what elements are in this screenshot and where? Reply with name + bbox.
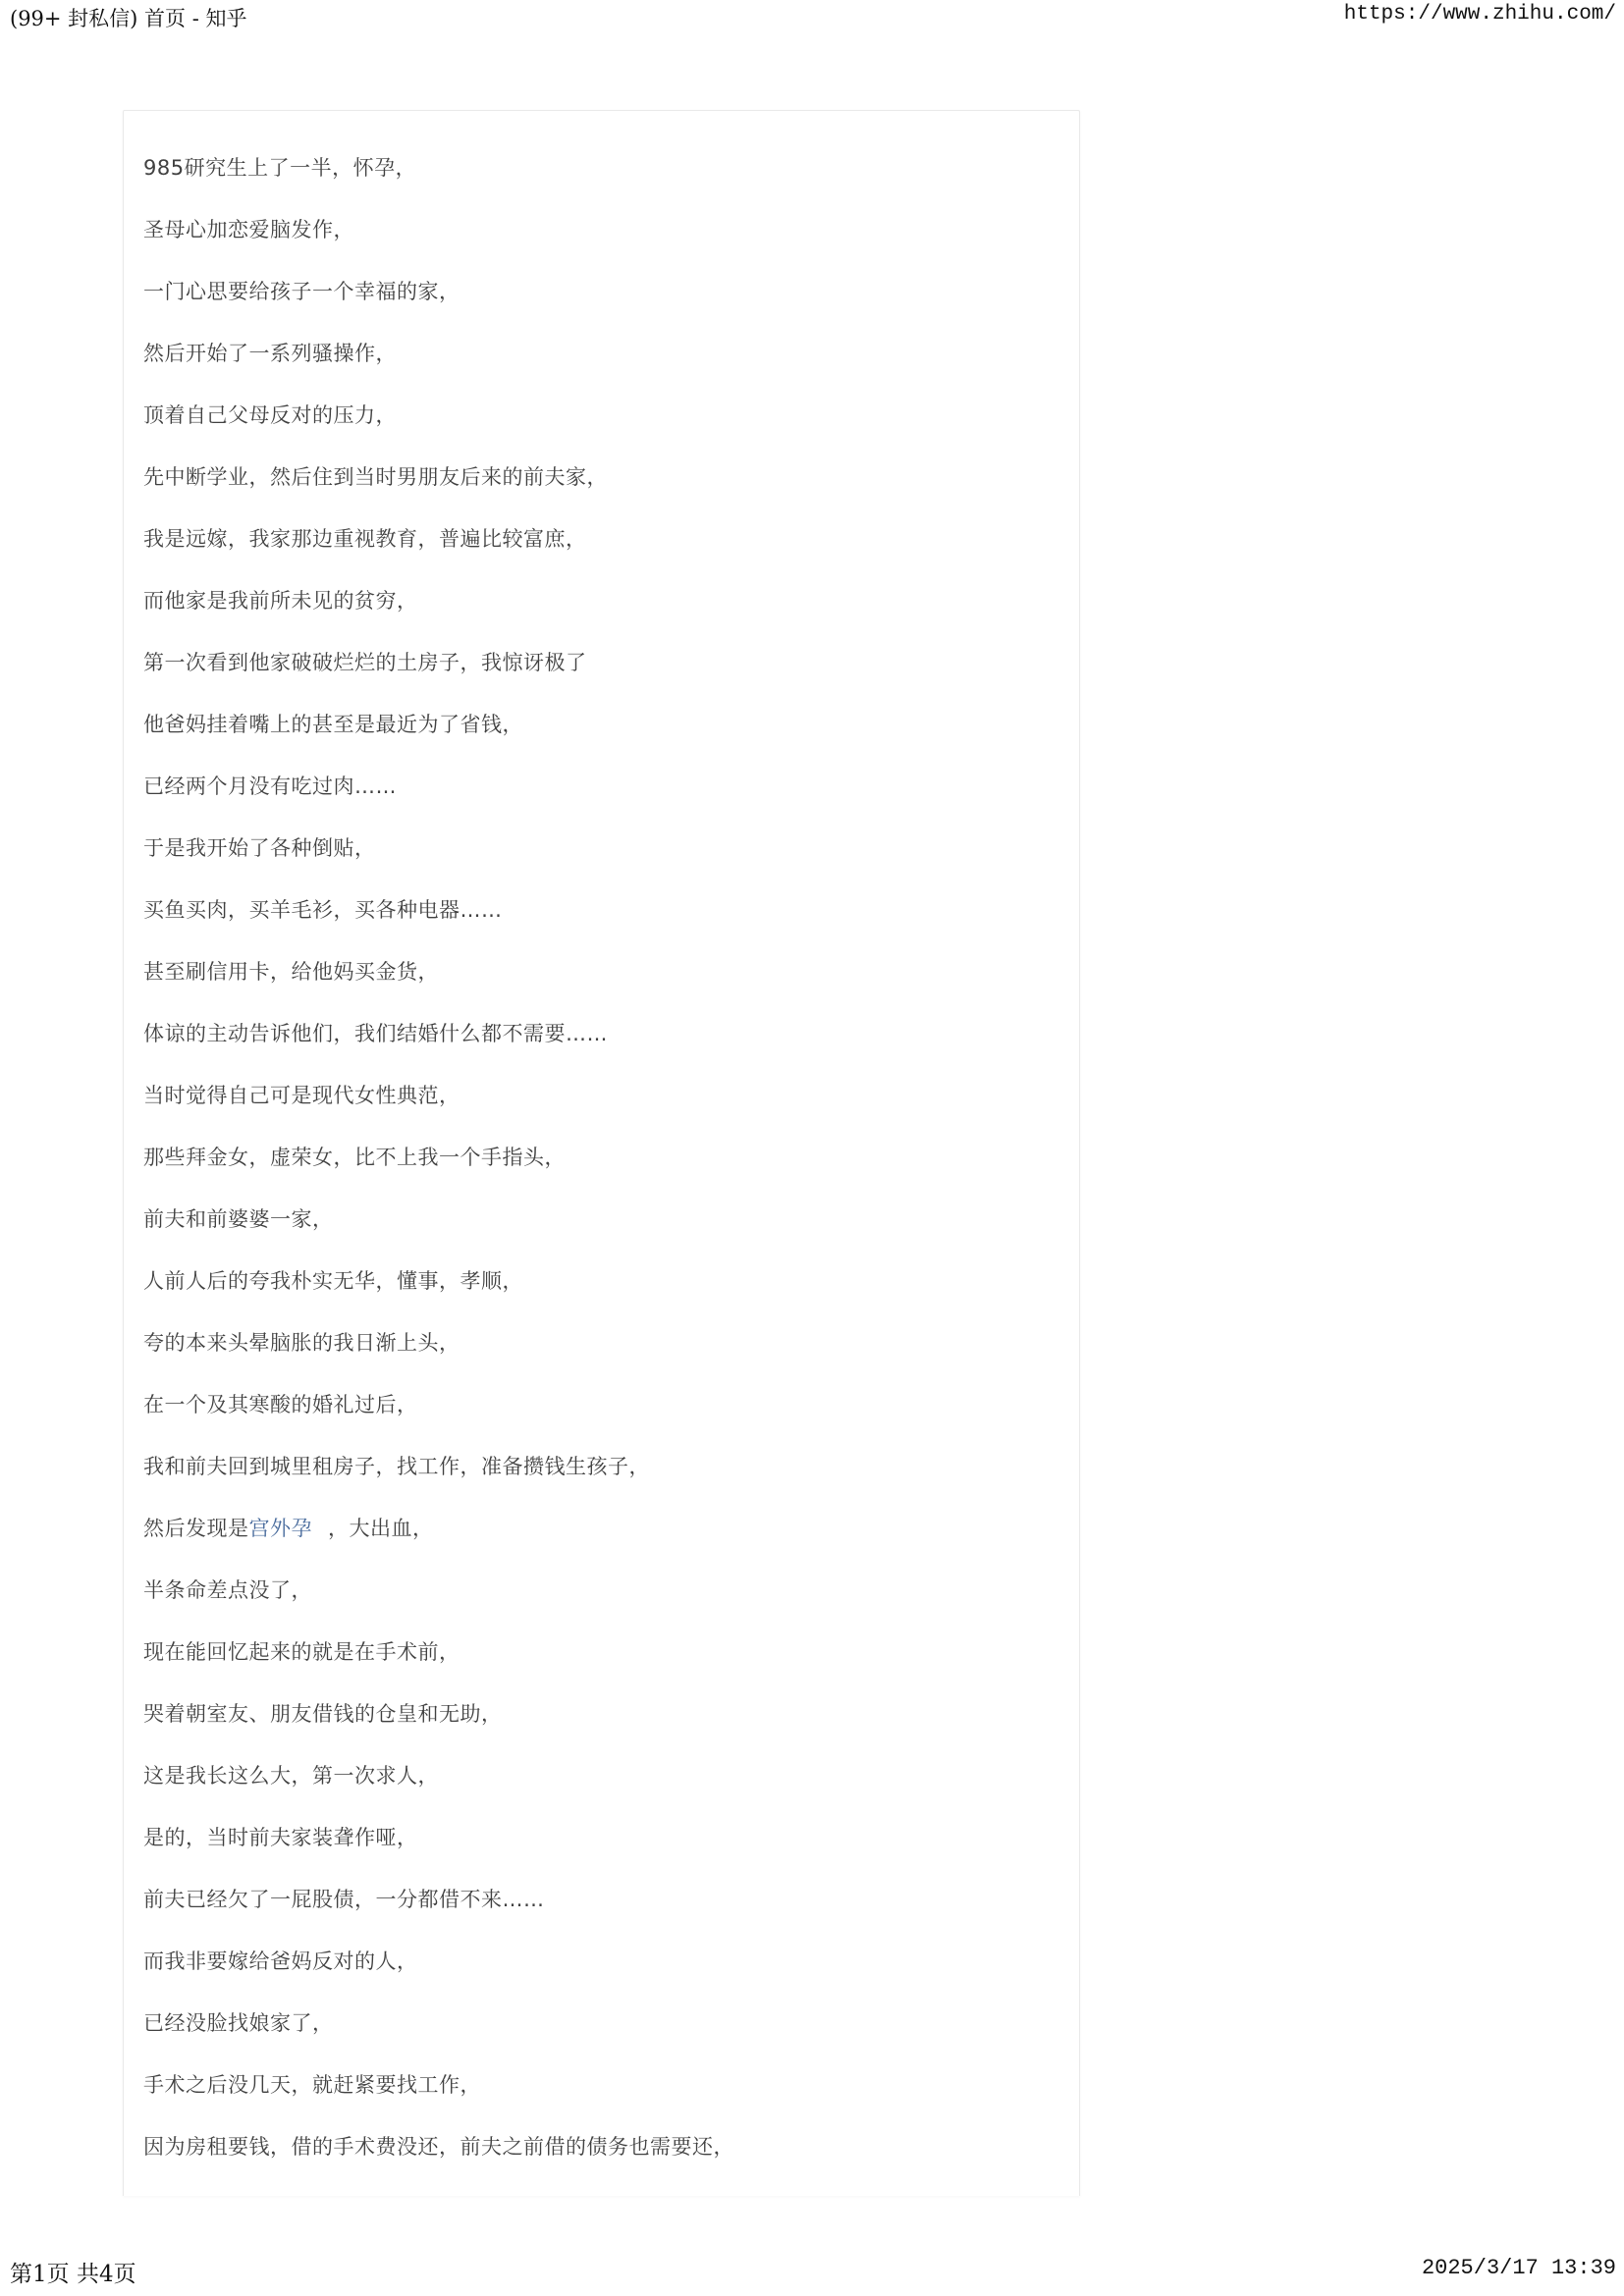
story-paragraph: 买鱼买肉，买羊毛衫，买各种电器……	[143, 898, 1056, 922]
story-paragraph: 体谅的主动告诉他们，我们结婚什么都不需要……	[143, 1022, 1056, 1045]
ectopic-pregnancy-link[interactable]: 宫外孕	[249, 1517, 313, 1540]
print-footer-page-info: 第1页 共4页	[10, 2256, 136, 2288]
story-paragraph: 他爸妈挂着嘴上的甚至是最近为了省钱，	[143, 713, 1056, 736]
paragraph-text: 然后发现是	[143, 1517, 249, 1540]
story-paragraph: 这是我长这么大，第一次求人，	[143, 1764, 1056, 1788]
paragraph-text: ，大出血，	[328, 1517, 434, 1540]
story-paragraph: 现在能回忆起来的就是在手术前，	[143, 1640, 1056, 1664]
story-paragraph: 一门心思要给孩子一个幸福的家，	[143, 280, 1056, 303]
story-paragraph: 前夫已经欠了一屁股债，一分都借不来……	[143, 1888, 1056, 1911]
story-paragraph: 我和前夫回到城里租房子，找工作，准备攒钱生孩子，	[143, 1455, 1056, 1478]
story-paragraph: 半条命差点没了，	[143, 1578, 1056, 1602]
story-paragraph: 顶着自己父母反对的压力，	[143, 403, 1056, 427]
story-paragraph: 是的，当时前夫家装聋作哑，	[143, 1826, 1056, 1849]
story-paragraph: 而我非要嫁给爸妈反对的人，	[143, 1949, 1056, 1973]
story-paragraph: 已经两个月没有吃过肉……	[143, 774, 1056, 798]
story-paragraph: 前夫和前婆婆一家，	[143, 1207, 1056, 1231]
story-paragraph: 甚至刷信用卡，给他妈买金货，	[143, 960, 1056, 984]
story-paragraph: 先中断学业，然后住到当时男朋友后来的前夫家，	[143, 465, 1056, 489]
story-paragraph: 手术之后没几天，就赶紧要找工作，	[143, 2073, 1056, 2097]
story-paragraph: 夸的本来头晕脑胀的我日渐上头，	[143, 1331, 1056, 1355]
story-paragraph: 人前人后的夸我朴实无华，懂事，孝顺，	[143, 1269, 1056, 1293]
story-paragraph: 然后开始了一系列骚操作，	[143, 342, 1056, 365]
print-header-title: (99+ 封私信) 首页 - 知乎	[10, 3, 247, 32]
story-paragraph: 我是远嫁，我家那边重视教育，普遍比较富庶，	[143, 527, 1056, 551]
story-paragraph: 因为房租要钱，借的手术费没还，前夫之前借的债务也需要还，	[143, 2135, 1056, 2159]
story-paragraph: 那些拜金女，虚荣女，比不上我一个手指头，	[143, 1146, 1056, 1169]
story-paragraphs: 985研究生上了一半，怀孕，圣母心加恋爱脑发作，一门心思要给孩子一个幸福的家，然…	[143, 156, 1056, 2159]
story-paragraph: 然后发现是宫外孕，大出血，	[143, 1517, 1056, 1540]
story-paragraph: 而他家是我前所未见的贫穷，	[143, 589, 1056, 613]
print-header-url: https://www.zhihu.com/	[1344, 3, 1616, 26]
story-paragraph: 第一次看到他家破破烂烂的土房子，我惊讶极了	[143, 651, 1056, 674]
print-footer-timestamp: 2025/3/17 13:39	[1422, 2256, 1616, 2280]
story-paragraph: 于是我开始了各种倒贴，	[143, 836, 1056, 860]
story-paragraph: 圣母心加恋爱脑发作，	[143, 218, 1056, 241]
story-paragraph: 985研究生上了一半，怀孕，	[143, 156, 1056, 180]
story-paragraph: 在一个及其寒酸的婚礼过后，	[143, 1393, 1056, 1416]
story-paragraph: 已经没脸找娘家了，	[143, 2011, 1056, 2035]
story-paragraph: 当时觉得自己可是现代女性典范，	[143, 1084, 1056, 1107]
story-paragraph: 哭着朝室友、朋友借钱的仓皇和无助，	[143, 1702, 1056, 1726]
content-card: 985研究生上了一半，怀孕，圣母心加恋爱脑发作，一门心思要给孩子一个幸福的家，然…	[123, 110, 1080, 2196]
